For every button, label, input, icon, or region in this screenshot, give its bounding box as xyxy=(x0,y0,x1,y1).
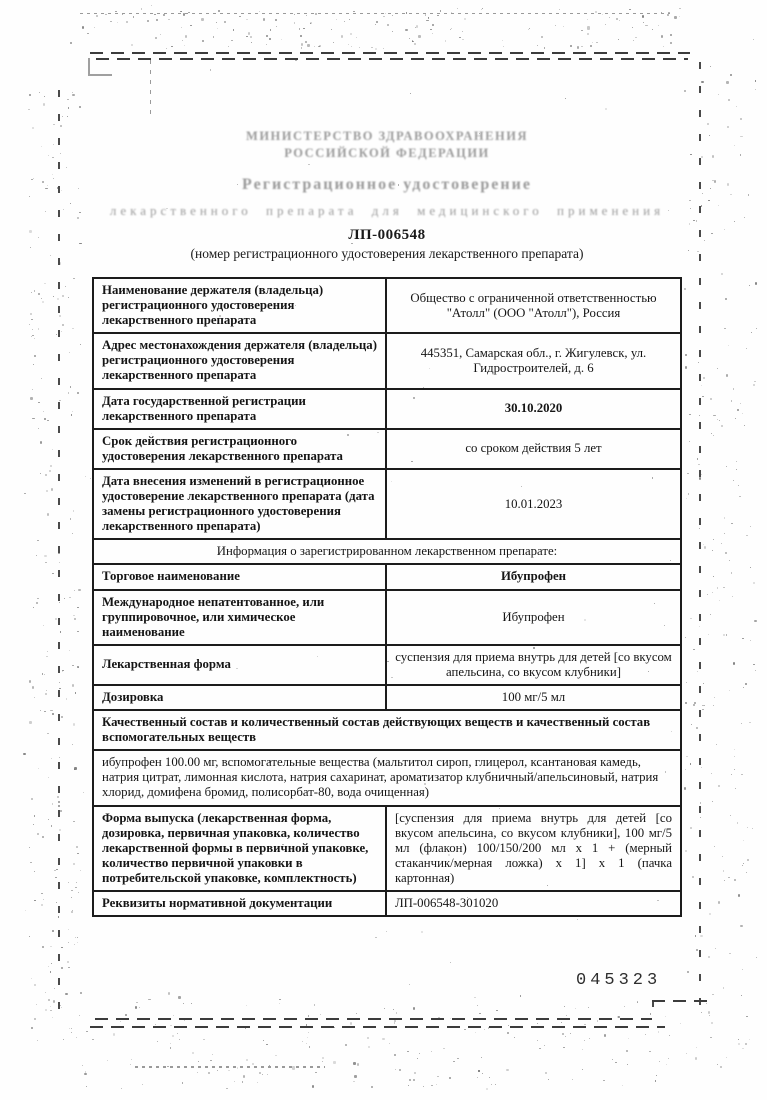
certificate-table: Наименование держателя (владельца) регис… xyxy=(92,277,682,917)
row-label: Наименование держателя (владельца) регис… xyxy=(93,278,386,333)
row-label: Дозировка xyxy=(93,685,386,710)
paper-edge-line xyxy=(80,13,670,14)
row-label: Дата государственной регистрации лекарст… xyxy=(93,389,386,429)
frame-corner-artifact xyxy=(88,58,112,76)
table-row-info-section-header: Информация о зарегистрированном лекарств… xyxy=(93,539,681,564)
row-label: Международное непатентованное, или групп… xyxy=(93,590,386,645)
table-row-holder-address: Адрес местонахождения держателя (владель… xyxy=(93,333,681,388)
table-row-normative-docs: Реквизиты нормативной документации ЛП-00… xyxy=(93,891,681,916)
composition-header-text: Качественный состав и количественный сос… xyxy=(93,710,681,750)
table-row-composition-header: Качественный состав и количественный сос… xyxy=(93,710,681,750)
table-row-validity-period: Срок действия регистрационного удостовер… xyxy=(93,429,681,469)
registration-number-caption: (номер регистрационного удостоверения ле… xyxy=(92,246,682,262)
registration-number: ЛП-006548 xyxy=(92,227,682,244)
table-row-dosage-form: Лекарственная форма суспензия для приема… xyxy=(93,645,681,685)
table-row-registration-date: Дата государственной регистрации лекарст… xyxy=(93,389,681,429)
table-row-trade-name: Торговое наименование Ибупрофен xyxy=(93,564,681,589)
row-label: Дата внесения изменений в регистрационно… xyxy=(93,469,386,539)
frame-bottom-step-line xyxy=(652,1000,710,1002)
scan-streak-artifact xyxy=(150,60,151,118)
row-label: Форма выпуска (лекарственная форма, дози… xyxy=(93,806,386,891)
table-row-holder-name: Наименование держателя (владельца) регис… xyxy=(93,278,681,333)
frame-bottom-line-2 xyxy=(90,1026,665,1028)
document-title: Регистрационное удостоверение xyxy=(92,176,682,194)
table-row-inn-name: Международное непатентованное, или групп… xyxy=(93,590,681,645)
ministry-letterhead: МИНИСТЕРСТВО ЗДРАВООХРАНЕНИЯ РОССИЙСКОЙ … xyxy=(92,128,682,162)
form-serial-number: 045323 xyxy=(576,971,661,990)
frame-top-line-2 xyxy=(96,58,688,60)
table-row-release-form: Форма выпуска (лекарственная форма, дози… xyxy=(93,806,681,891)
ministry-line-2: РОССИЙСКОЙ ФЕДЕРАЦИИ xyxy=(92,145,682,162)
table-row-dosage: Дозировка 100 мг/5 мл xyxy=(93,685,681,710)
row-value: ЛП-006548-301020 xyxy=(386,891,681,916)
composition-text: ибупрофен 100.00 мг, вспомогательные вещ… xyxy=(93,750,681,805)
row-value: 10.01.2023 xyxy=(386,469,681,539)
ministry-line-1: МИНИСТЕРСТВО ЗДРАВООХРАНЕНИЯ xyxy=(92,128,682,145)
frame-left-line xyxy=(58,90,60,1015)
row-label: Срок действия регистрационного удостовер… xyxy=(93,429,386,469)
row-value: 100 мг/5 мл xyxy=(386,685,681,710)
scanned-certificate-page: МИНИСТЕРСТВО ЗДРАВООХРАНЕНИЯ РОССИЙСКОЙ … xyxy=(0,0,767,1100)
row-value: 445351, Самарская обл., г. Жигулевск, ул… xyxy=(386,333,681,388)
row-value: [суспензия для приема внутрь для детей [… xyxy=(386,806,681,891)
row-label: Реквизиты нормативной документации xyxy=(93,891,386,916)
section-header-text: Информация о зарегистрированном лекарств… xyxy=(93,539,681,564)
row-value: со сроком действия 5 лет xyxy=(386,429,681,469)
table-row-amendment-date: Дата внесения изменений в регистрационно… xyxy=(93,469,681,539)
row-label: Торговое наименование xyxy=(93,564,386,589)
frame-bottom-step xyxy=(652,1000,654,1020)
frame-bottom-line-1 xyxy=(95,1018,652,1020)
row-value: Общество с ограниченной ответственностью… xyxy=(386,278,681,333)
document-subtitle: лекарственного препарата для медицинског… xyxy=(70,203,704,219)
row-value: суспензия для приема внутрь для детей [с… xyxy=(386,645,681,685)
row-value: Ибупрофен xyxy=(386,564,681,589)
table-row-composition: ибупрофен 100.00 мг, вспомогательные вещ… xyxy=(93,750,681,805)
row-label: Лекарственная форма xyxy=(93,645,386,685)
frame-top-line-1 xyxy=(90,52,690,54)
scan-bottom-artifact xyxy=(135,1066,325,1068)
row-label: Адрес местонахождения держателя (владель… xyxy=(93,333,386,388)
row-value: 30.10.2020 xyxy=(386,389,681,429)
row-value: Ибупрофен xyxy=(386,590,681,645)
